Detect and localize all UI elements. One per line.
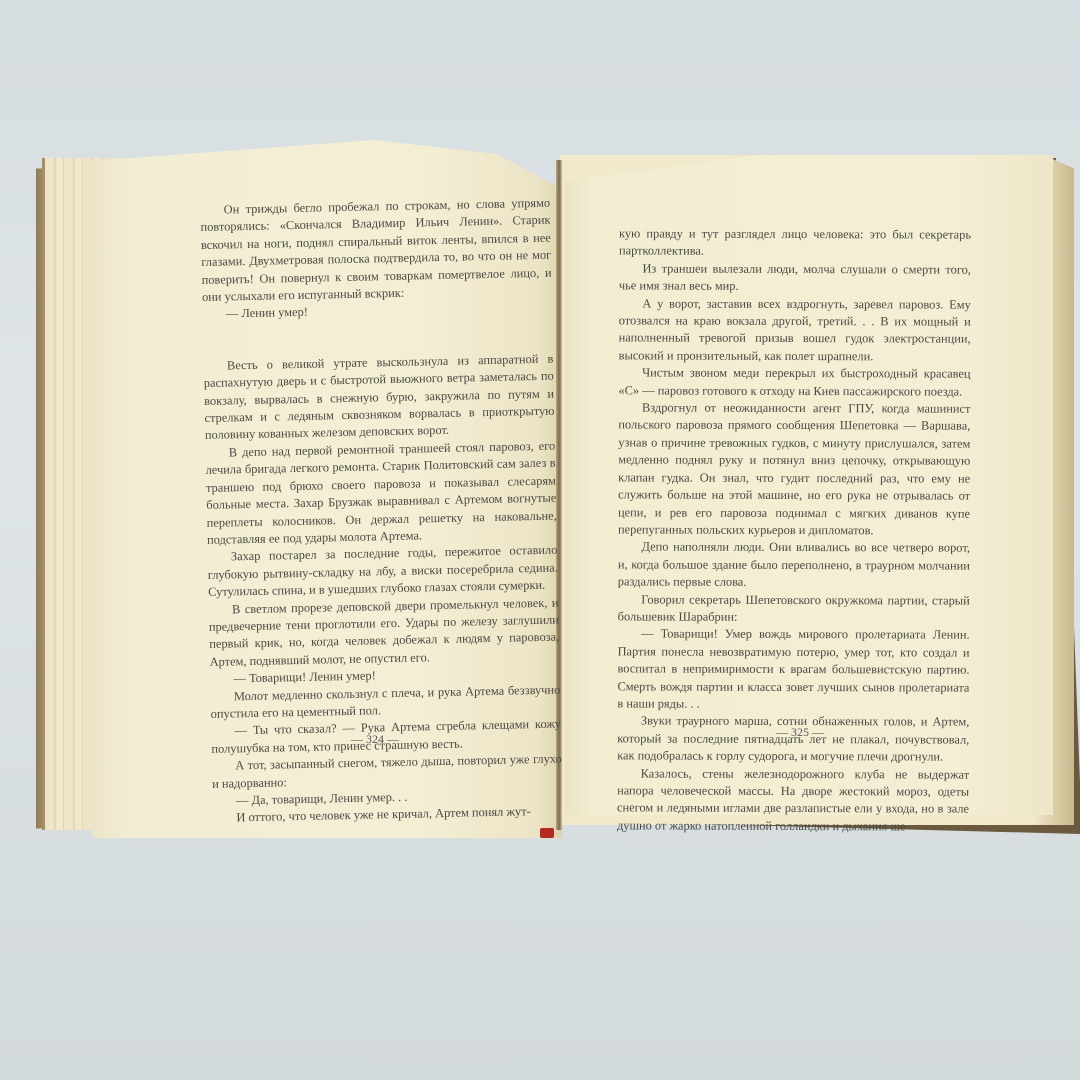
right-page-text: кую правду и тут разглядел лицо человека… — [617, 225, 971, 835]
paragraph: Депо наполняли люди. Они вливались во вс… — [618, 539, 970, 592]
paragraph: Казалось, стены железнодорожного клуба н… — [617, 765, 969, 836]
paragraph: Из траншеи вылезали люди, молча слушали … — [619, 260, 971, 296]
paragraph: Говорил секретарь Шепетовского окружкома… — [618, 591, 970, 627]
paragraph: Вздрогнул от неожиданности агент ГПУ, ко… — [618, 399, 970, 539]
paragraph: — Товарищи! Умер вождь мирового пролетар… — [617, 626, 969, 714]
photo-scene: Он трижды бегло пробежал по строкам, но … — [0, 0, 1080, 1080]
paragraph: В светлом прорезе деповской двери промел… — [208, 594, 559, 671]
paragraph: А у ворот, заставив всех вздрогнуть, зар… — [619, 295, 971, 366]
paragraph: В депо над первой ремонтной траншеей сто… — [205, 437, 557, 549]
right-page-number: — 325 — — [740, 725, 860, 740]
left-page-number: — 324 — — [315, 732, 435, 747]
paragraph: Он трижды бегло пробежал по строкам, но … — [200, 195, 552, 307]
paragraph: кую правду и тут разглядел лицо человека… — [619, 225, 971, 261]
paragraph: Захар постарел за последние годы, пережи… — [207, 542, 558, 602]
red-bookmark-ribbon — [540, 828, 554, 838]
paragraph: Весть о великой утрате выскользнула из а… — [203, 350, 555, 444]
paragraph: Чистым звоном меди перекрыл их быстроход… — [618, 365, 970, 401]
